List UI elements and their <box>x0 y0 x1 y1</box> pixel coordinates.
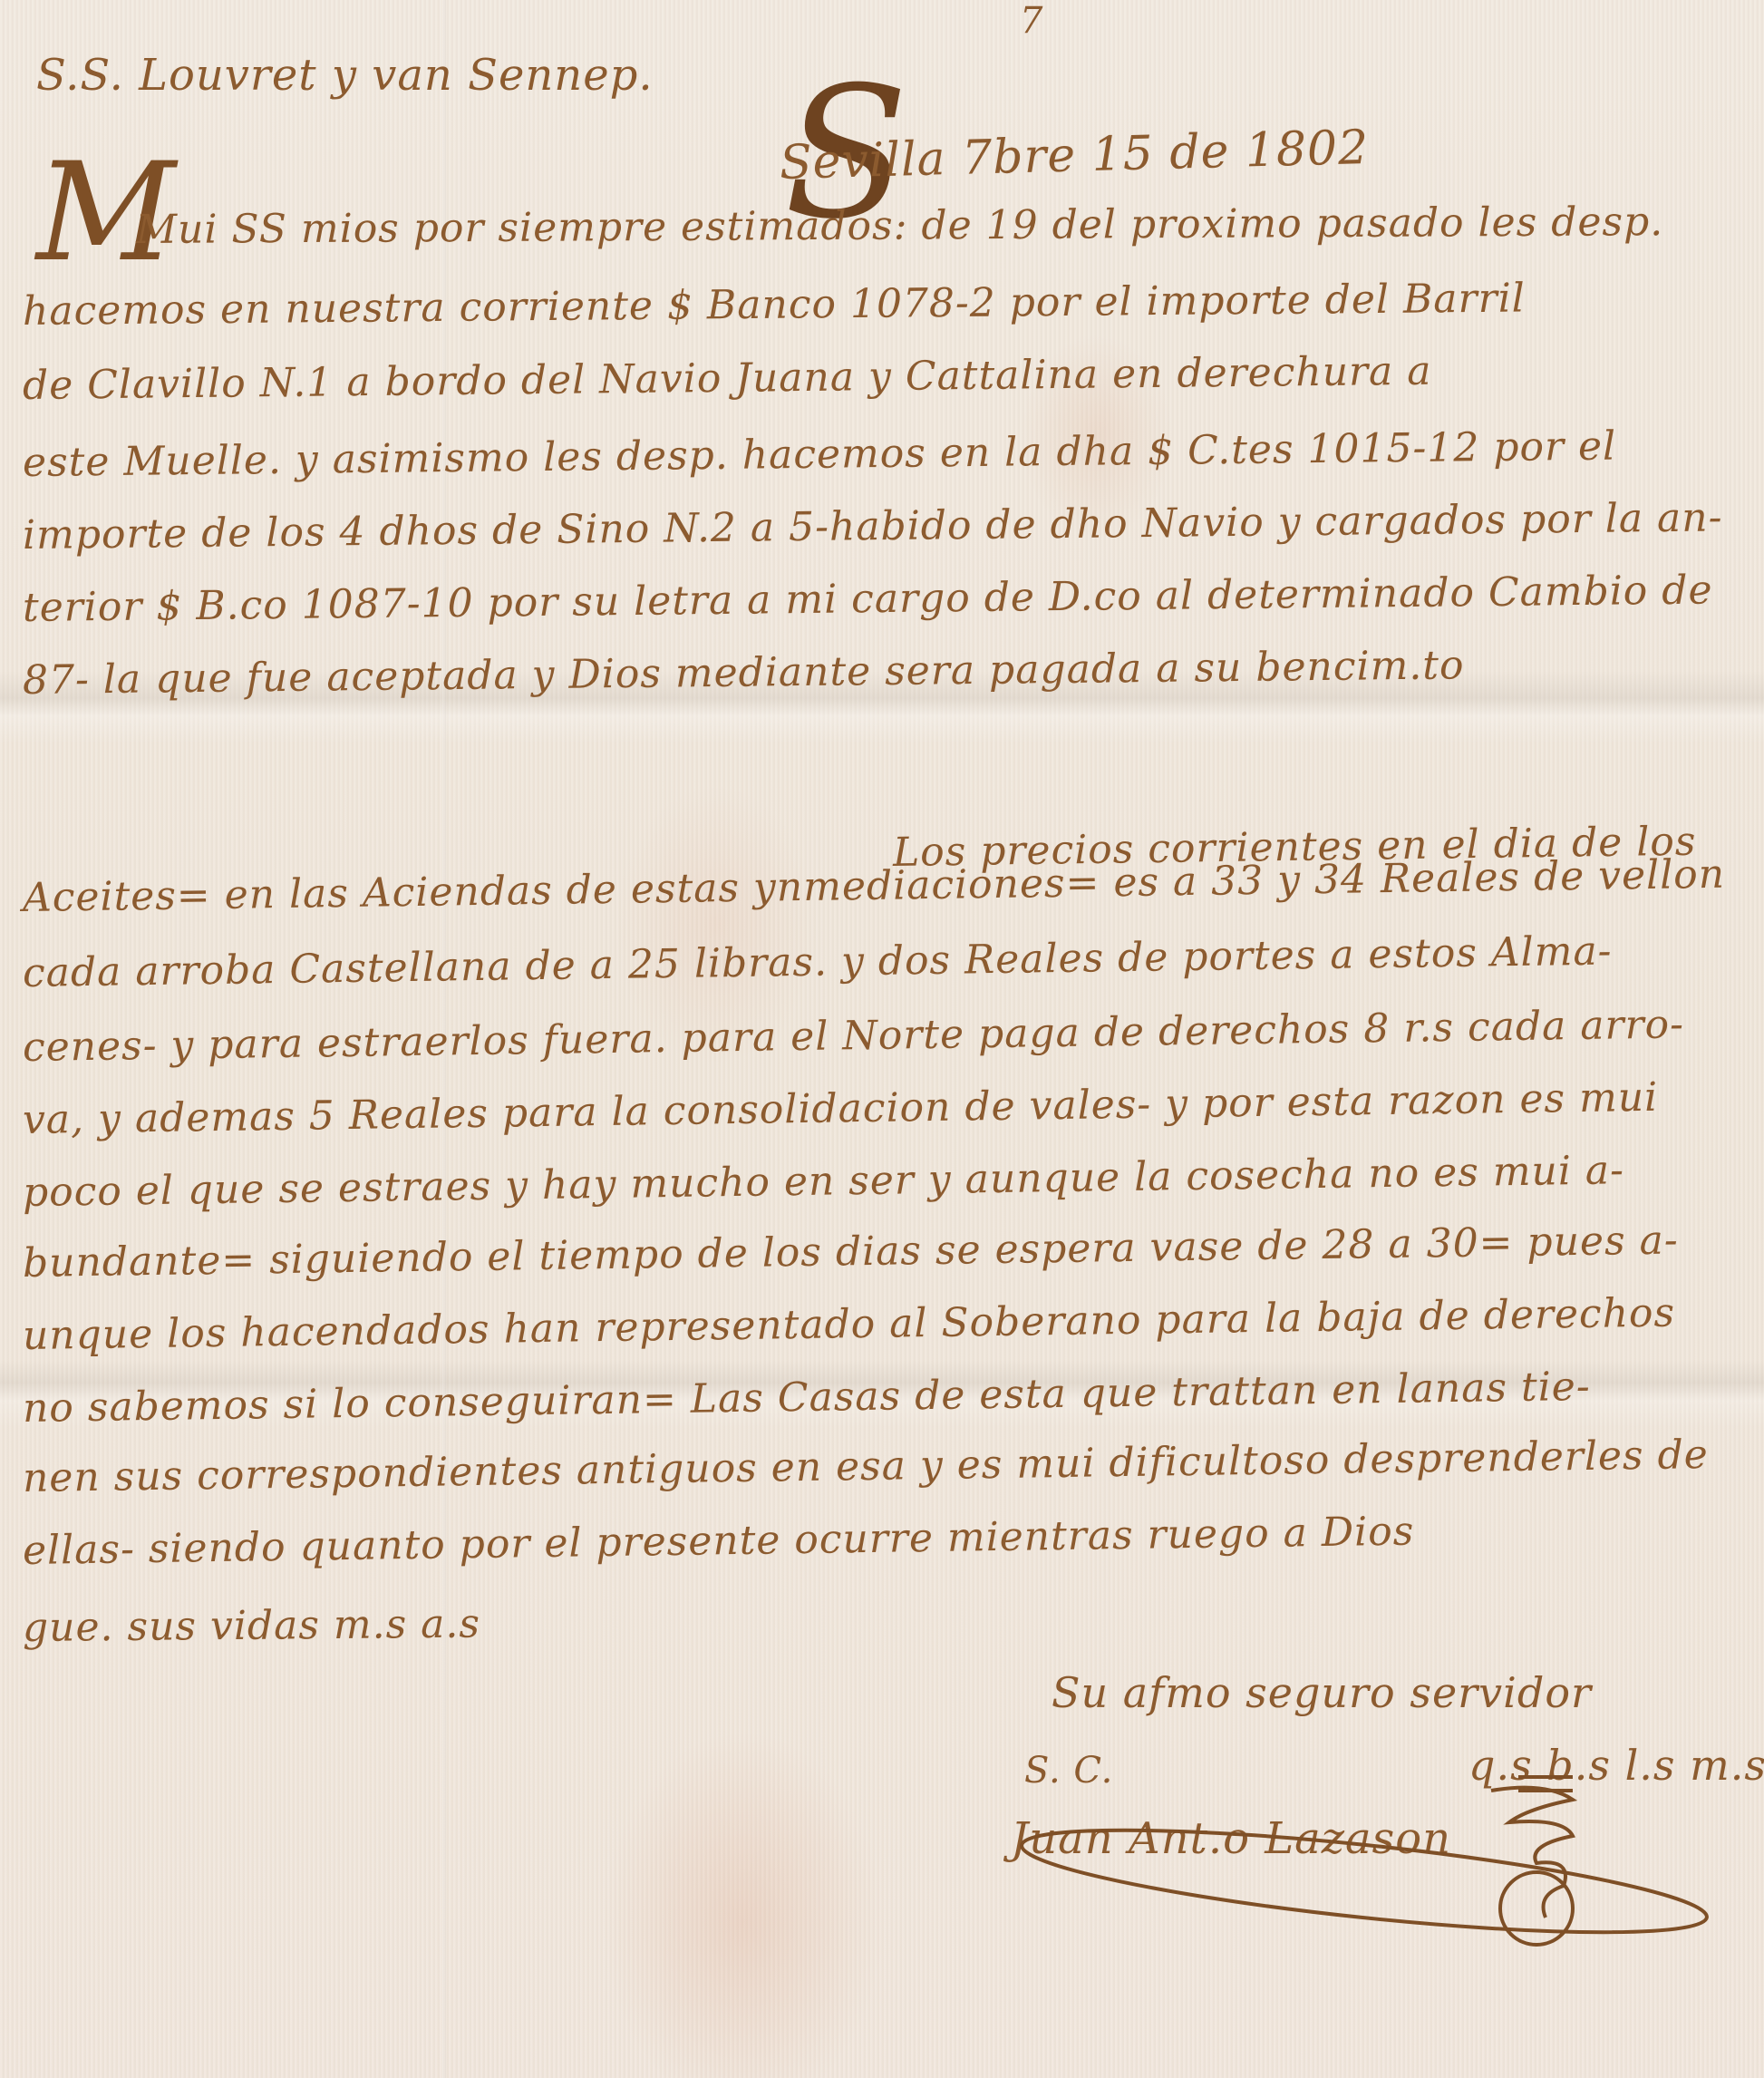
paragraph-line: Aceites= en las Aciendas de estas ynmedi… <box>23 851 1726 921</box>
paragraph-line: unque los hacendados han representado al… <box>23 1290 1676 1359</box>
paragraph-line: gue. sus vidas m.s a.s <box>23 1601 480 1651</box>
paragraph-line: nen sus correspondientes antiguos en esa… <box>23 1432 1709 1501</box>
paragraph-line: no sabemos si lo conseguiran= Las Casas … <box>23 1364 1591 1432</box>
paragraph-line: cenes- y para estraerlos fuera. para el … <box>23 1001 1685 1071</box>
addressee: S.S. Louvret y van Sennep. <box>36 50 654 101</box>
paragraph-line: bundante= siguiendo el tiempo de los dia… <box>23 1217 1679 1287</box>
body-line: importe de los 4 dhos de Sino N.2 a 5-ha… <box>23 494 1723 558</box>
paragraph-line: cada arroba Castellana de a 25 libras. y… <box>23 928 1613 996</box>
paragraph-line: ellas- siendo quanto por el presente ocu… <box>23 1509 1415 1574</box>
body-line: Mui SS mios por siempre estimados: de 19… <box>136 199 1663 253</box>
closing-line-1: Su afmo seguro servidor <box>1052 1668 1592 1717</box>
body-line: hacemos en nuestra corriente $ Banco 107… <box>23 276 1526 335</box>
body-line: este Muelle. y asimismo les desp. hacemo… <box>23 423 1617 486</box>
letter-page: 7 S.S. Louvret y van Sennep. S Sevilla 7… <box>0 0 1764 2078</box>
body-line: de Clavillo N.1 a bordo del Navio Juana … <box>23 348 1432 409</box>
body-line: terior $ B.co 1087-10 por su letra a mi … <box>23 567 1713 631</box>
paragraph-line: va, y ademas 5 Reales para la consolidac… <box>23 1074 1659 1143</box>
body-line: 87- la que fue aceptada y Dios mediante … <box>23 642 1465 704</box>
paragraph-line: poco el que se estraes y hay mucho en se… <box>23 1147 1625 1216</box>
folio-number: 7 <box>1020 0 1043 42</box>
signature-flourish-icon <box>984 1772 1709 1954</box>
